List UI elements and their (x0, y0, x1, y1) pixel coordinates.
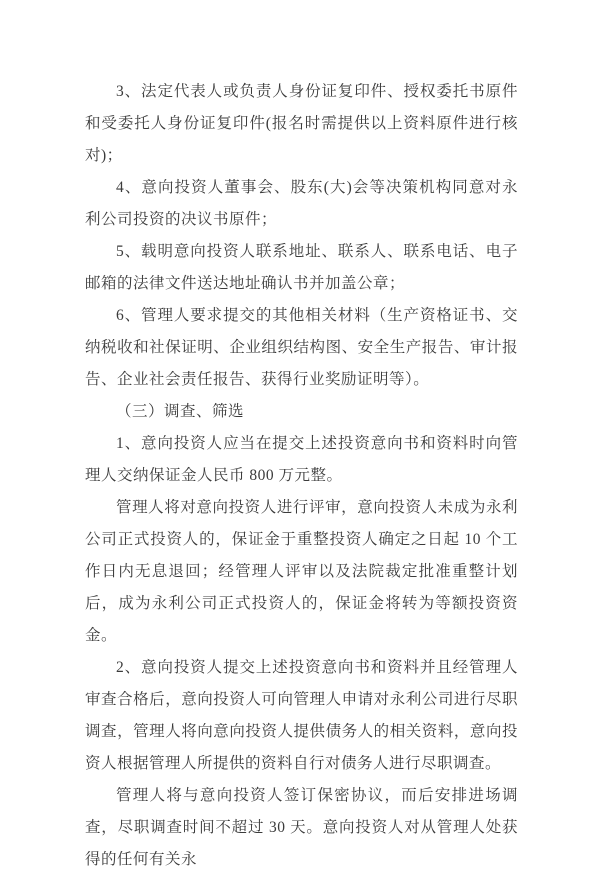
doc-para-deposit-review: 管理人将对意向投资人进行评审，意向投资人未成为永利公司正式投资人的，保证金于重整… (85, 492, 518, 652)
document-page: 3、法定代表人或负责人身份证复印件、授权委托书原件和受委托人身份证复印件(报名时… (0, 0, 602, 862)
section-heading-investigation-screening: （三）调查、筛选 (85, 396, 518, 428)
document-text-block: 3、法定代表人或负责人身份证复印件、授权委托书原件和受委托人身份证复印件(报名时… (85, 76, 518, 862)
doc-item-6-other-materials: 6、管理人要求提交的其他相关材料（生产资格证书、交纳税收和社保证明、企业组织结构… (85, 300, 518, 396)
doc-item-5-address-confirmation: 5、载明意向投资人联系地址、联系人、联系电话、电子邮箱的法律文件送达地址确认书并… (85, 236, 518, 300)
doc-item-4-board-resolution: 4、意向投资人董事会、股东(大)会等决策机构同意对永利公司投资的决议书原件； (85, 172, 518, 236)
doc-item-1-deposit: 1、意向投资人应当在提交上述投资意向书和资料时向管理人交纳保证金人民币 800 … (85, 428, 518, 492)
doc-item-2-due-diligence: 2、意向投资人提交上述投资意向书和资料并且经管理人审查合格后，意向投资人可向管理… (85, 652, 518, 780)
doc-para-confidentiality: 管理人将与意向投资人签订保密协议，而后安排进场调查，尽职调查时间不超过 30 天… (85, 780, 518, 862)
doc-item-3-id-copies: 3、法定代表人或负责人身份证复印件、授权委托书原件和受委托人身份证复印件(报名时… (85, 76, 518, 172)
